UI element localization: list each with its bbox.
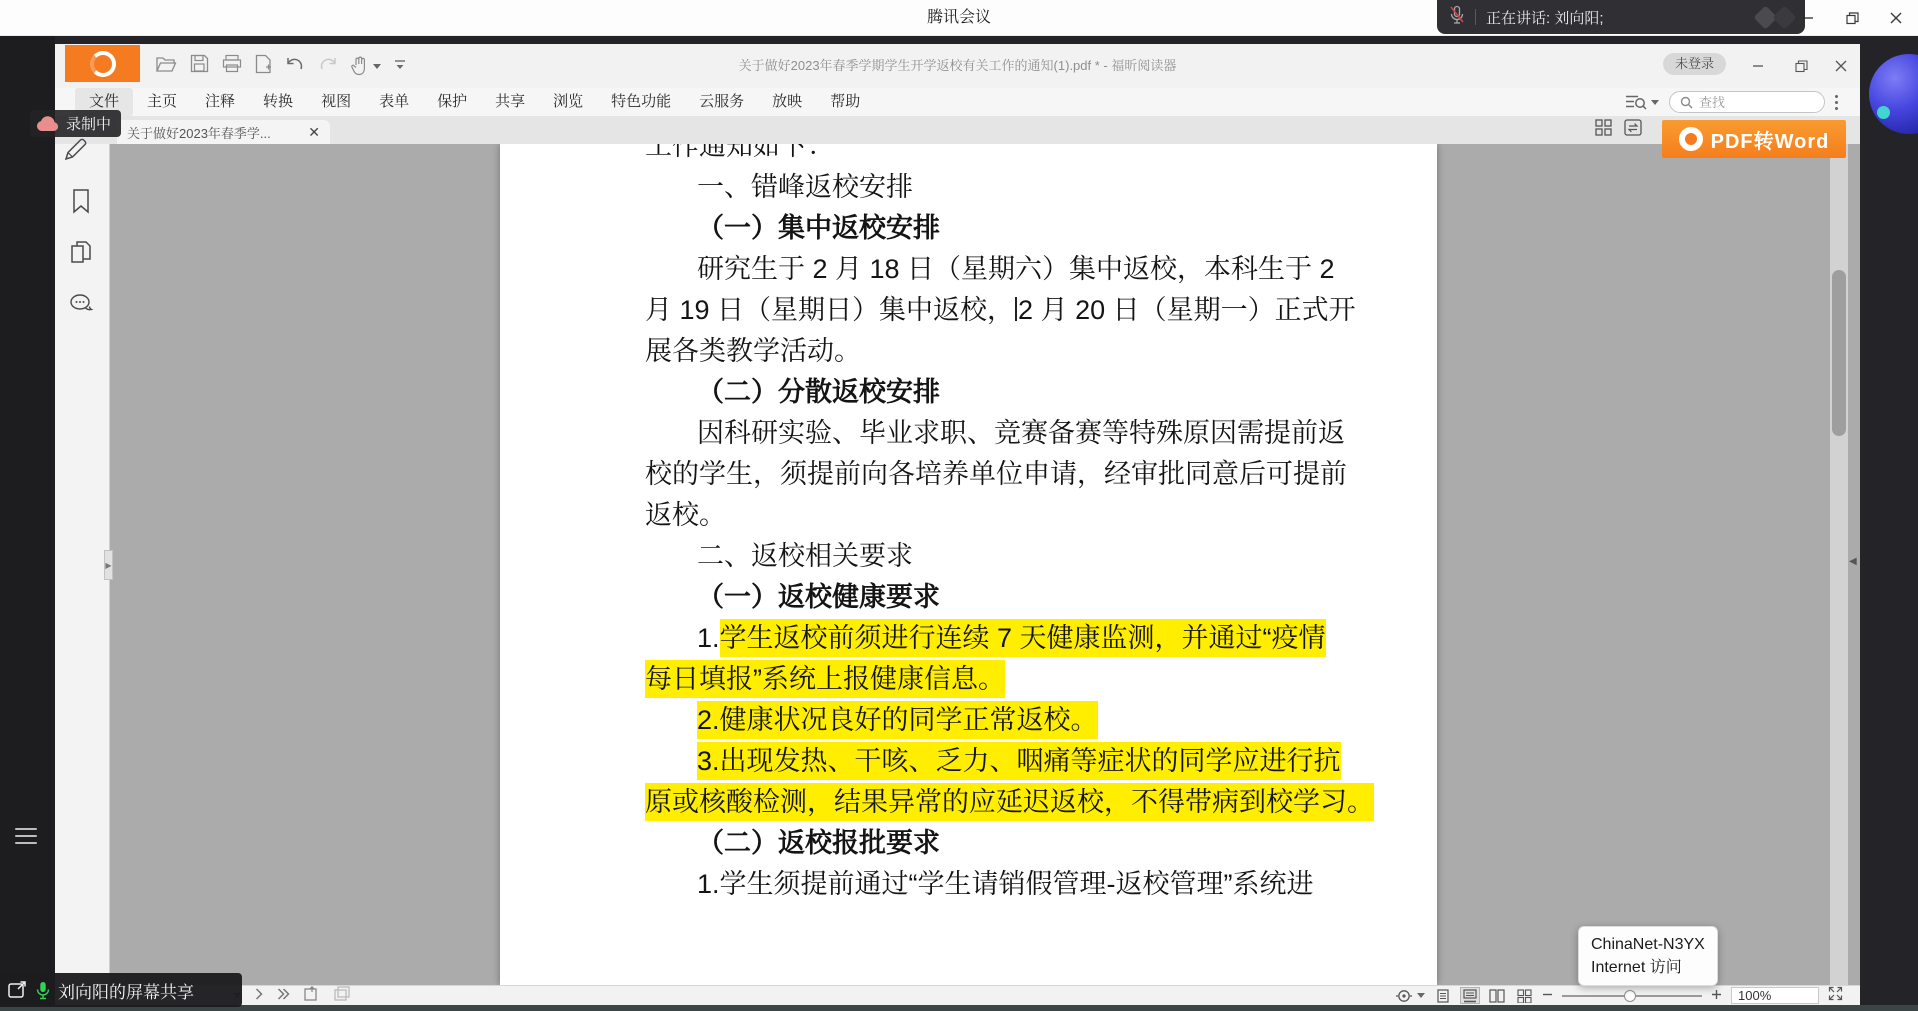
menu-item-10[interactable]: 特色功能 [597,88,685,116]
cloud-recording-icon [36,115,60,132]
grid-view-icon[interactable] [1595,119,1612,141]
doc-line: 工作通知如下： [645,144,1437,167]
snapshot-icon[interactable] [304,986,320,1006]
scrollbar-thumb[interactable] [1832,270,1846,436]
doc-line: （二）分散返校安排 [645,372,1437,413]
document-switch-icon[interactable] [1624,119,1642,141]
doc-line: 1.学生返校前须进行连续 7 天健康监测，并通过“疫情 [645,618,1437,659]
text-caret [1015,297,1017,321]
menu-item-12[interactable]: 放映 [758,88,816,116]
zoom-level-field[interactable]: 100% [1731,987,1819,1004]
open-file-button[interactable] [155,55,177,78]
foxit-circle-icon [1679,127,1703,151]
meeting-right-strip [1860,36,1918,1011]
menu-item-2[interactable]: 主页 [133,88,191,116]
doc-line: 一、错峰返校安排 [645,167,1437,208]
screen: 腾讯会议 正在讲话: 刘向阳; [0,0,1918,1011]
zoom-in-icon[interactable] [1711,989,1722,1003]
quick-access-bar: 关于做好2023年春季学期学生开学返校有关工作的通知(1).pdf * - 福昕… [55,44,1860,88]
print-button[interactable] [222,54,242,78]
customize-toolbar-button[interactable] [394,57,406,76]
navigation-panel [55,144,110,985]
doc-line: 1.学生须提前通过“学生请销假管理-返校管理”系统进 [645,864,1437,905]
tab-close-icon[interactable]: ✕ [308,125,320,139]
share-label: 刘向阳的屏幕共享 [58,978,194,1003]
panel-collapse-arrow[interactable]: ▶ [104,550,113,580]
menu-item-7[interactable]: 保护 [423,88,481,116]
mic-muted-icon [1449,5,1465,30]
doc-line: （一）返校健康要求 [645,577,1437,618]
login-status-badge[interactable]: 未登录 [1663,53,1726,75]
multi-page-icon[interactable] [1515,988,1533,1003]
statusbar: 100% [55,985,1860,1005]
hand-tool-button[interactable] [351,56,381,76]
screen-share-overlay: 刘向阳的屏幕共享 [0,973,242,1007]
menu-item-4[interactable]: 转换 [249,88,307,116]
doc-line: 返校。 [645,495,1437,536]
foxit-swirl-icon [90,51,116,77]
zoom-slider[interactable] [1562,995,1702,997]
hand-tool-dropdown[interactable] [373,64,381,69]
fullscreen-icon[interactable] [1828,986,1843,1006]
doc-line: 校的学生，须提前向各培养单位申请，经审批同意后可提前 [645,454,1437,495]
divider [1475,9,1476,25]
doc-line: 每日填报”系统上报健康信息。 [645,659,1437,700]
doc-line: 月 19 日（星期日）集中返校，2 月 20 日（星期一）正式开 [645,290,1437,331]
zoom-slider-thumb[interactable] [1624,990,1636,1002]
doc-line: 展各类教学活动。 [645,331,1437,372]
vertical-scrollbar[interactable] [1830,144,1848,985]
doc-line: 2.健康状况良好的同学正常返校。 [645,700,1437,741]
document-canvas: ▶ 工作通知如下：一、错峰返校安排（一）集中返校安排研究生于 2 月 18 日（… [55,144,1860,985]
clipboard-icon[interactable] [334,986,350,1006]
more-options-icon[interactable] [1835,95,1838,110]
pdf-page: 工作通知如下：一、错峰返校安排（一）集中返校安排研究生于 2 月 18 日（星期… [500,144,1437,985]
menu-item-5[interactable]: 视图 [307,88,365,116]
foxit-logo[interactable] [65,45,140,82]
menu-item-9[interactable]: 浏览 [539,88,597,116]
pencil-icon[interactable] [63,136,89,167]
doc-line: 原或核酸检测，结果异常的应延迟返校，不得带病到校学习。 [645,782,1437,823]
menu-item-8[interactable]: 共享 [481,88,539,116]
search-input[interactable] [1699,95,1799,110]
last-page-icon[interactable] [277,987,290,1005]
meeting-window-controls [1786,0,1918,36]
doc-line: 3.出现发热、干咳、乏力、咽痛等症状的同学应进行抗 [645,741,1437,782]
speaking-text: 正在讲话: 刘向阳; [1486,7,1747,28]
list-icon[interactable] [15,828,37,849]
undo-button[interactable] [285,55,305,78]
menu-items: 文件主页注释转换视图表单保护共享浏览特色功能云服务放映帮助 [75,88,874,116]
foxit-minimize-button[interactable] [1741,44,1775,88]
meeting-left-strip [0,36,55,1011]
right-panel-arrow[interactable]: ◀ [1849,556,1857,567]
tab-title: 关于做好2023年春季学... [127,123,300,142]
meeting-restore-button[interactable] [1830,0,1874,36]
menu-item-11[interactable]: 云服务 [685,88,758,116]
save-button[interactable] [190,54,209,78]
comments-panel-icon[interactable] [69,292,95,321]
menu-item-13[interactable]: 帮助 [816,88,874,116]
facing-pages-icon[interactable] [1488,988,1506,1003]
tabbar: 关于做好2023年春季学... ✕ [55,116,1860,144]
pages-panel-icon[interactable] [69,240,93,271]
recording-badge: 录制中 [30,110,121,137]
document-tab[interactable]: 关于做好2023年春季学... ✕ [117,120,330,144]
network-tooltip: ChinaNet-N3YX Internet 访问 [1578,926,1718,986]
single-page-icon[interactable] [1434,988,1452,1003]
overlay-logo-shape [1772,5,1796,29]
speaking-overlay: 正在讲话: 刘向阳; [1437,0,1805,34]
search-box[interactable] [1669,91,1825,113]
search-icon [1680,96,1693,109]
bookmarks-panel-icon[interactable] [69,188,93,219]
menubar: 文件主页注释转换视图表单保护共享浏览特色功能云服务放映帮助 [55,88,1860,116]
redo-button[interactable] [318,55,338,78]
menu-item-6[interactable]: 表单 [365,88,423,116]
doc-line: （一）集中返校安排 [645,208,1437,249]
mic-on-icon [36,981,50,1000]
doc-line: 因科研实验、毕业求职、竞赛备赛等特殊原因需提前返 [645,413,1437,454]
fit-width-icon[interactable] [1461,988,1479,1003]
doc-line: 研究生于 2 月 18 日（星期六）集中返校，本科生于 2 [645,249,1437,290]
new-document-button[interactable] [255,54,272,79]
pdf-to-word-button[interactable]: PDF转Word [1662,120,1846,158]
view-mode-icon[interactable] [1395,989,1425,1003]
menu-item-3[interactable]: 注释 [191,88,249,116]
foxit-window: 关于做好2023年春季学期学生开学返校有关工作的通知(1).pdf * - 福昕… [55,44,1860,1005]
zoom-out-icon[interactable] [1542,989,1553,1003]
share-icon [8,981,28,999]
document-lines: 工作通知如下：一、错峰返校安排（一）集中返校安排研究生于 2 月 18 日（星期… [500,144,1437,905]
foxit-close-button[interactable] [1824,44,1858,88]
next-page-icon[interactable] [255,987,263,1005]
foxit-restore-button[interactable] [1784,44,1818,88]
doc-line: （二）返校报批要求 [645,823,1437,864]
find-options-icon[interactable] [1625,93,1659,111]
meeting-close-button[interactable] [1874,0,1918,36]
doc-line: 二、返校相关要求 [645,536,1437,577]
bottom-edge [0,1005,1918,1011]
